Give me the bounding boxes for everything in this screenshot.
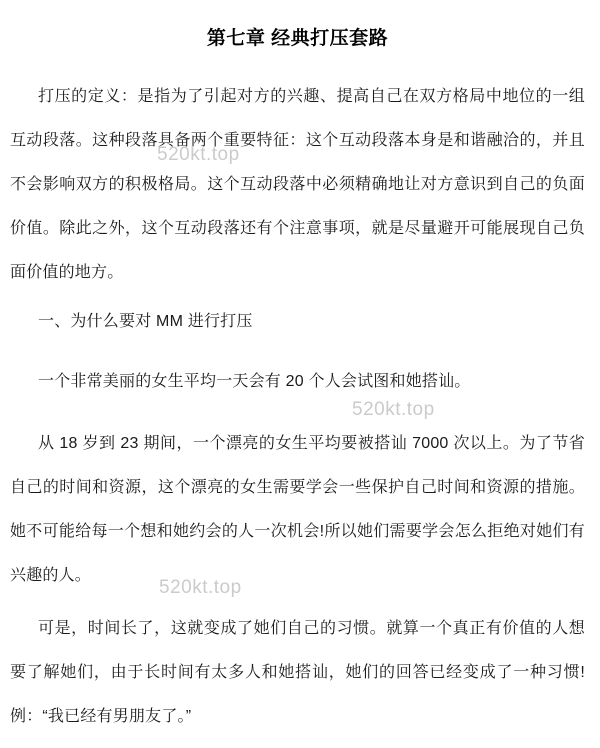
paragraph-age-stats: 从 18 岁到 23 期间，一个漂亮的女生平均要被搭讪 7000 次以上。为了节…: [10, 422, 585, 598]
paragraph-habit: 可是，时间长了，这就变成了她们自己的习惯。就算一个真正有价值的人想要了解她们，由…: [10, 607, 585, 739]
paragraph-definition: 打压的定义：是指为了引起对方的兴趣、提高自己在双方格局中地位的一组互动段落。这种…: [10, 75, 585, 295]
page-title: 第七章 经典打压套路: [10, 0, 585, 52]
section-heading: 一、为什么要对 MM 进行打压: [10, 300, 585, 344]
paragraph-approach-count: 一个非常美丽的女生平均一天会有 20 个人会试图和她搭讪。: [10, 360, 585, 404]
document-page: 第七章 经典打压套路 打压的定义：是指为了引起对方的兴趣、提高自己在双方格局中地…: [0, 0, 600, 748]
